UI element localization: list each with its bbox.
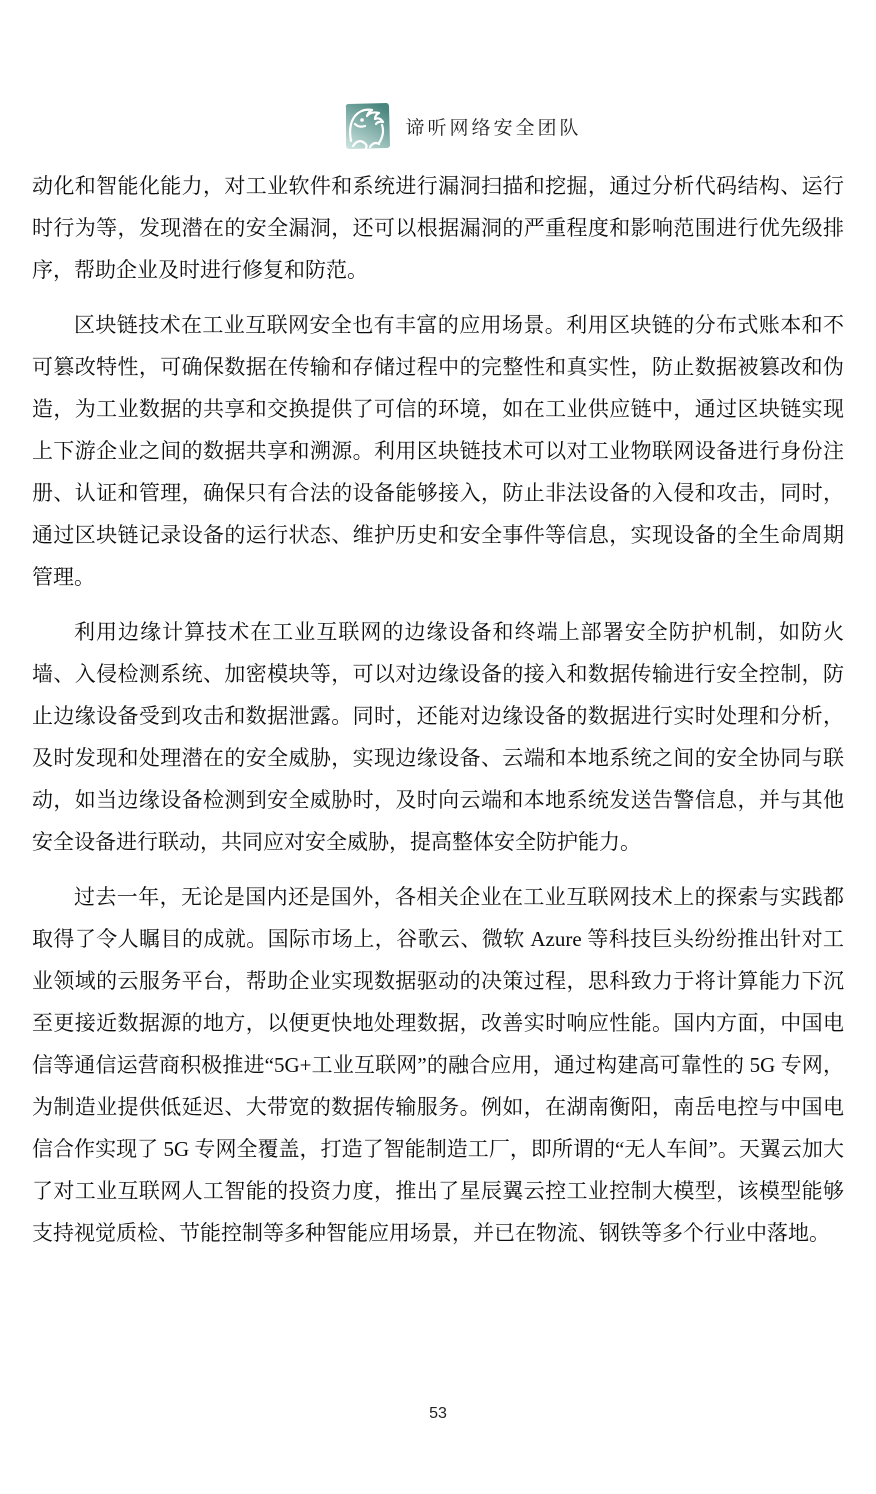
body-paragraph: 过去一年，无论是国内还是国外，各相关企业在工业互联网技术上的探索与实践都取得了令…: [32, 876, 844, 1254]
team-name: 谛听网络安全团队: [405, 113, 581, 140]
document-body: 动化和智能化能力，对工业软件和系统进行漏洞扫描和挖掘，通过分析代码结构、运行时行…: [32, 165, 844, 1254]
body-paragraph: 利用边缘计算技术在工业互联网的边缘设备和终端上部署安全防护机制，如防火墙、入侵检…: [32, 611, 844, 863]
report-header: 谛听网络安全团队: [0, 0, 876, 151]
document-page: 谛听网络安全团队 动化和智能化能力，对工业软件和系统进行漏洞扫描和挖掘，通过分析…: [0, 0, 876, 1494]
diting-seal-icon: [342, 101, 392, 151]
page-number: 53: [0, 1405, 876, 1423]
body-paragraph: 动化和智能化能力，对工业软件和系统进行漏洞扫描和挖掘，通过分析代码结构、运行时行…: [32, 165, 844, 291]
body-paragraph: 区块链技术在工业互联网安全也有丰富的应用场景。利用区块链的分布式账本和不可篡改特…: [32, 304, 844, 598]
